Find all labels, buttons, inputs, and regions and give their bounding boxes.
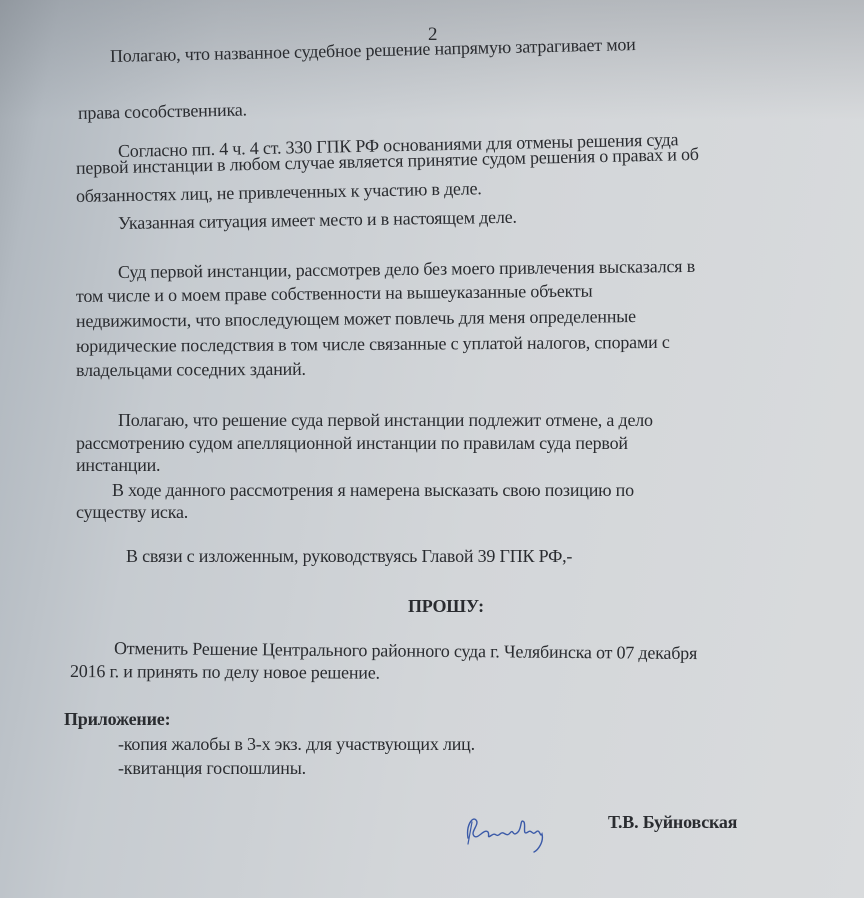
- paragraph-line: существу иска.: [76, 502, 188, 523]
- paragraph-line: владельцами соседних зданий.: [76, 359, 306, 381]
- paragraph-line: том числе и о моем праве собственности н…: [76, 281, 593, 307]
- attachment-item: -квитанция госпошлины.: [118, 758, 306, 779]
- handwritten-signature: [462, 808, 562, 854]
- paragraph-line: Суд первой инстанции, рассмотрев дело бе…: [118, 256, 695, 283]
- paragraph-line: права сособственника.: [78, 99, 247, 124]
- request-line: 2016 г. и принять по делу новое решение.: [70, 661, 380, 684]
- paragraph-line: В связи с изложенным, руководствуясь Гла…: [126, 546, 572, 567]
- paragraph-line: недвижимости, что впоследующем может пов…: [76, 306, 636, 332]
- attachment-item: -копия жалобы в 3-х экз. для участвующих…: [118, 734, 475, 755]
- paragraph-line: инстанции.: [76, 455, 160, 476]
- paragraph-line: обязанностях лиц, не привлеченных к учас…: [76, 178, 482, 207]
- paragraph-line: рассмотрению судом апелляционной инстанц…: [76, 433, 628, 454]
- paragraph-line: В ходе данного рассмотрения я намерена в…: [112, 480, 634, 501]
- paragraph-line: юридические последствия в том числе связ…: [76, 332, 670, 357]
- signer-name: Т.В. Буйновская: [608, 812, 737, 833]
- paragraph-line: Указанная ситуация имеет место и в насто…: [118, 207, 517, 234]
- paragraph-line: Полагаю, что названное судебное решение …: [110, 29, 852, 67]
- paragraph-line: Полагаю, что решение суда первой инстанц…: [118, 410, 653, 431]
- request-line: Отменить Решение Центрального районного …: [114, 638, 697, 664]
- attachments-heading: Приложение:: [64, 709, 170, 730]
- request-heading: ПРОШУ:: [408, 596, 484, 617]
